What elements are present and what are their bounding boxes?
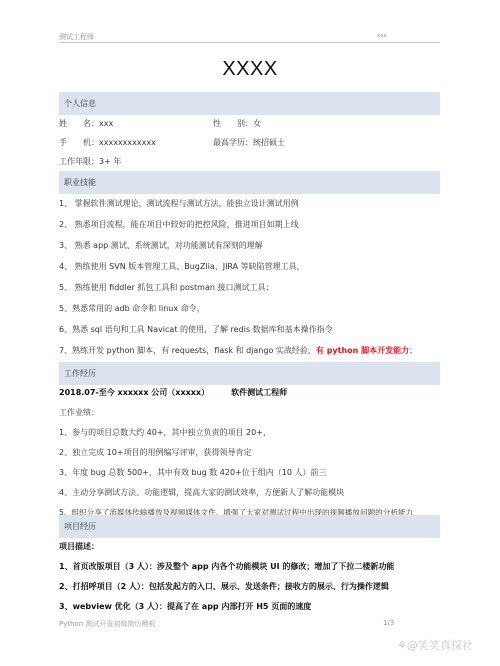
skill-item-text: 7、熟练开发 python 脚本，有 requests，flask 和 djan… bbox=[59, 346, 316, 355]
education-value: 统招硕士 bbox=[253, 138, 285, 147]
work-years-row: 工作年限：3+ 年 bbox=[59, 156, 121, 167]
phone-label: 手 机： bbox=[59, 138, 99, 147]
achievement-item: 3、年度 bug 总数 500+，其中有效 bug 数 420+位于组内（10 … bbox=[59, 467, 326, 478]
project-desc-label: 项目描述： bbox=[59, 541, 99, 552]
name-value: xxx bbox=[99, 119, 113, 128]
header-left-text: 测试工程师 bbox=[59, 32, 94, 42]
education-row: 最高学历：统招硕士 bbox=[213, 137, 285, 148]
page-number: 1/3 bbox=[383, 619, 394, 627]
section-header-work: 工作经历 bbox=[59, 362, 440, 385]
skill-item: 5、熟悉常用的 adb 命令和 linux 命令， bbox=[59, 303, 205, 314]
skill-item: 2、 熟悉项目流程，能在项目中较好的把控风险，推进项目如期上线 bbox=[59, 219, 299, 230]
gender-label: 性 别： bbox=[213, 119, 253, 128]
job-period-company: 2018.07-至今 xxxxxx 公司（xxxxx） bbox=[59, 388, 209, 397]
section-header-projects: 项目经历 bbox=[59, 515, 440, 538]
page-header: 测试工程师 xxx bbox=[59, 32, 440, 43]
phone-row: 手 机：xxxxxxxxxxxx bbox=[59, 137, 156, 148]
watermark: ⚘@笑笑真探社 bbox=[397, 637, 473, 653]
section-header-personal: 个人信息 bbox=[59, 92, 440, 115]
work-years-label: 工作年限： bbox=[59, 157, 99, 166]
name-row: 姓 名：xxx bbox=[59, 118, 113, 129]
resume-page: 测试工程师 xxx XXXX 个人信息 姓 名：xxx 性 别：女 手 机：xx… bbox=[0, 0, 500, 666]
skill-item-end: ； bbox=[409, 346, 417, 355]
education-label: 最高学历： bbox=[213, 138, 253, 147]
project-item: 2、打招呼项目（2 人）：包括发起方的入口、展示、发送条件；接收方的展示、行为操… bbox=[59, 581, 389, 592]
skill-item: 6、熟悉 sql 语句和工具 Navicat 的使用，了解 redis 数据库和… bbox=[59, 324, 333, 335]
skill-item: 1、 掌握软件测试理论，测试流程与测试方法，能独立设计测试用例 bbox=[59, 198, 299, 209]
gender-value: 女 bbox=[253, 119, 261, 128]
skill-item-python: 7、熟练开发 python 脚本，有 requests，flask 和 djan… bbox=[59, 345, 417, 356]
project-item: 3、webview 优化（3 人）：提高了在 app 内部打开 H5 页面的速度 bbox=[59, 601, 311, 612]
gender-row: 性 别：女 bbox=[213, 118, 261, 129]
project-item: 1、首页改版项目（3 人）：涉及整个 app 内各个功能模块 UI 的修改；增加… bbox=[59, 561, 394, 572]
achievement-item: 1、参与的项目总数大约 40+，其中独立负责的项目 20+， bbox=[59, 427, 271, 438]
footer-left-text: Python 测试开发初级简历模板 bbox=[59, 619, 156, 629]
section-header-skills: 职业技能 bbox=[59, 171, 440, 194]
phone-value: xxxxxxxxxxxx bbox=[99, 138, 156, 147]
skill-item: 3、 熟悉 app 测试、系统测试，对功能测试有深刻的理解 bbox=[59, 240, 263, 251]
resume-title: XXXX bbox=[0, 58, 500, 81]
job-line: 2018.07-至今 xxxxxx 公司（xxxxx）软件测试工程师 bbox=[59, 387, 287, 398]
achievement-item: 2、独立完成 10+项目的用例编写评审，获得领导肯定 bbox=[59, 447, 252, 458]
skill-highlight: 有 python 脚本开发能力 bbox=[316, 346, 409, 355]
header-right-text: xxx bbox=[377, 33, 387, 39]
work-years-value: 3+ 年 bbox=[99, 157, 121, 166]
skill-item: 4、 熟练使用 SVN 版本管理工具、BugZlia、JIRA 等缺陷管理工具， bbox=[59, 261, 305, 272]
skill-item: 5、 熟练使用 fiddler 抓包工具和 postman 接口测试工具； bbox=[59, 282, 273, 293]
achievement-item: 4、主动分享测试方法、功能逻辑，提高大家的测试效率，方便新人了解功能模块 bbox=[59, 487, 344, 498]
job-title: 软件测试工程师 bbox=[231, 388, 287, 397]
achievements-label: 工作业绩： bbox=[59, 407, 99, 418]
name-label: 姓 名： bbox=[59, 119, 99, 128]
